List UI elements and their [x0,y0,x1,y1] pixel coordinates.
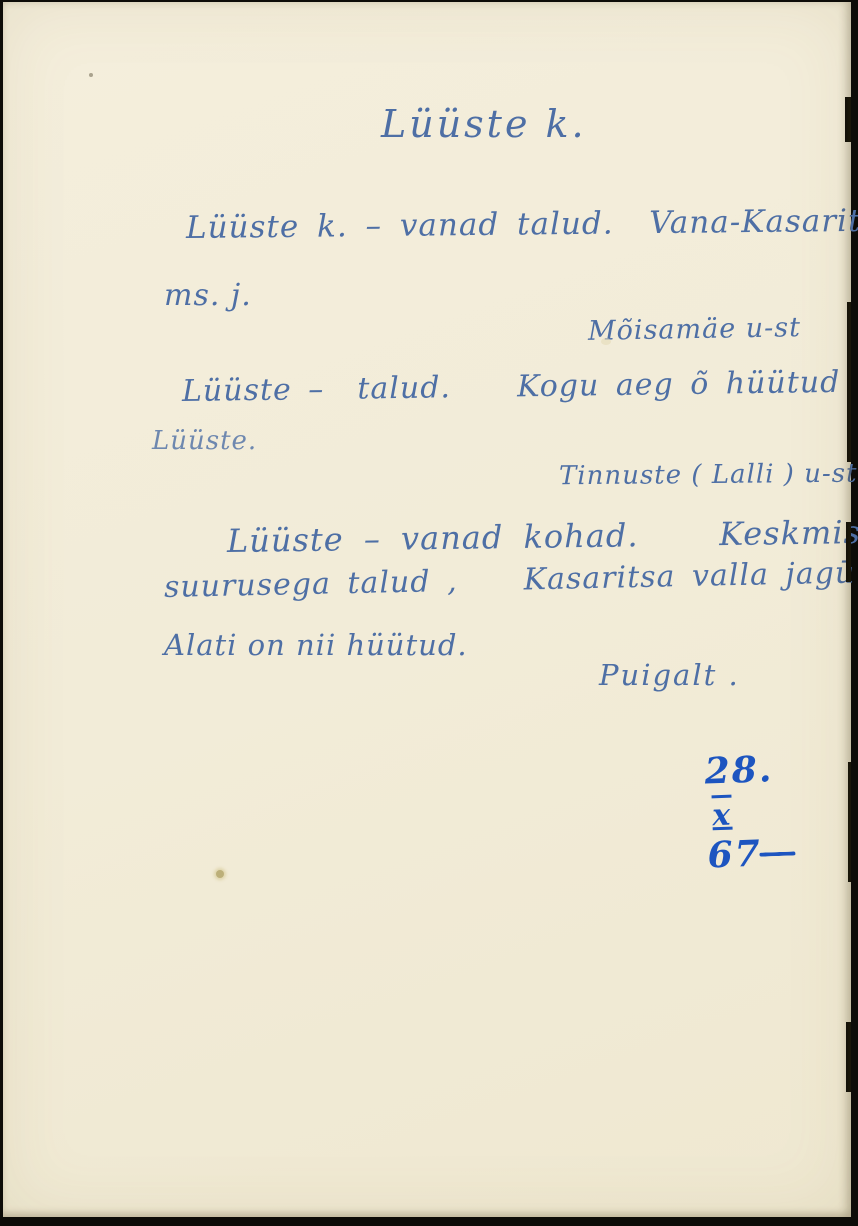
archive-card-page: Lüüste k. Lüüste k. – vanad talud. Vana-… [3,2,851,1217]
entry-2-source: Tinnuste ( Lalli ) u-st [559,459,858,492]
date-annotation: 28. x 67 [644,706,797,921]
date-pen-stroke [760,851,796,856]
entry-3-line-3: Alati on nii hüütud. [164,628,468,662]
paper-faint-stain [601,338,611,345]
paper-stain-spot [216,870,224,878]
page-title: Lüüste k. [381,102,587,146]
scan-edge-notch [847,302,851,462]
date-month-roman-numeral: x [712,798,733,834]
scan-edge-notch [845,97,851,142]
entry-1-source: Mõisamäe u-st [588,312,801,347]
scan-edge-notch [848,762,851,882]
date-day: 28. [704,748,774,792]
scan-edge-notch [846,1022,851,1092]
entry-2-line-2: Lüüste. [152,426,257,456]
entry-3-line-2: suurusega talud , Kasaritsa valla jagū . [164,555,858,605]
entry-3-source: Puigalt . [599,658,740,692]
entry-3-line-1: Lüüste – vanad kohad. Keskmise [227,513,858,560]
scan-edge-notch [846,522,851,582]
entry-1-line-2: ms. j. [164,278,252,313]
date-year: 67 [707,833,763,877]
entry-2-line-1: Lüüste – talud. Kogu aeg õ hüütud [182,365,841,409]
entry-1-line-1: Lüüste k. – vanad talud. Vana-Kasaritsa [186,203,858,246]
paper-speck [89,73,93,77]
